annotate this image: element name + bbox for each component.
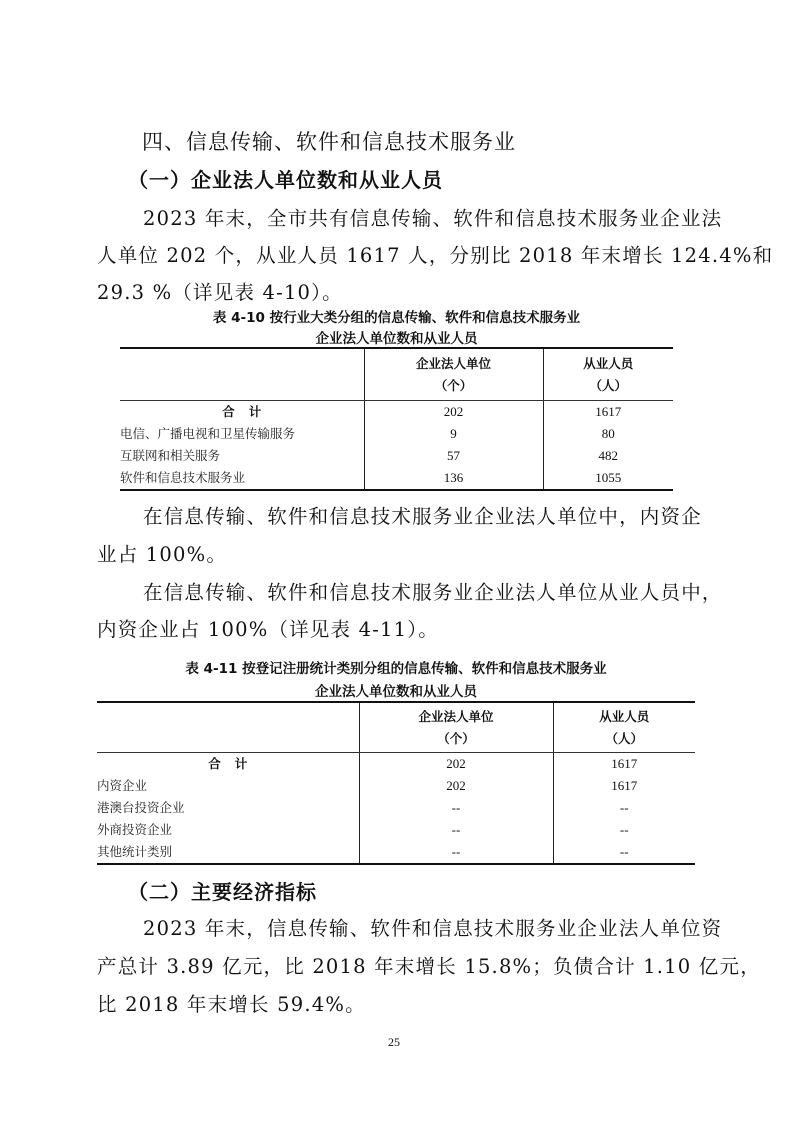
row-employees: 1617 [553,775,695,797]
table-4-11-header-blank [97,702,359,728]
table-row: 软件和信息技术服务业 136 1055 [120,467,673,490]
paragraph-4-line-3: 比 2018 年末增长 59.4%。 [97,989,366,1017]
table-4-10-caption-line-2: 企业法人单位数和从业人员 [120,327,673,347]
table-4-10-unit-units: （个） [364,375,543,401]
paragraph-4-line-2: 产总计 3.89 亿元，比 2018 年末增长 15.8%；负债合计 1.10 … [97,951,761,979]
table-row: 其他统计类别 -- -- [97,841,695,864]
row-employees: 1617 [543,401,673,424]
table-4-11-unit-units: （个） [359,728,553,753]
row-employees: -- [553,841,695,864]
row-units: 9 [364,423,543,445]
row-units: 202 [359,753,553,776]
row-employees: -- [553,797,695,819]
row-units: 57 [364,445,543,467]
row-label: 外商投资企业 [97,819,359,841]
table-4-11-header-employees: 从业人员 [553,702,695,728]
table-row: 合计 202 1617 [97,753,695,776]
row-units: -- [359,819,553,841]
row-employees: 1055 [543,467,673,490]
row-label: 合计 [120,401,364,424]
row-employees: 482 [543,445,673,467]
row-label: 合计 [97,753,359,776]
table-4-11-unit-employees: （人） [553,728,695,753]
row-label: 电信、广播电视和卫星传输服务 [120,423,364,445]
row-label: 内资企业 [97,775,359,797]
row-label: 互联网和相关服务 [120,445,364,467]
row-units: -- [359,797,553,819]
table-4-10-header-employees: 从业人员 [543,348,673,375]
row-employees: -- [553,819,695,841]
paragraph-3-line-2: 内资企业占 100%（详见表 4-11）。 [97,614,439,642]
row-employees: 1617 [553,753,695,776]
row-employees: 80 [543,423,673,445]
table-4-10-caption-line-1: 表 4-10 按行业大类分组的信息传输、软件和信息技术服务业 [120,306,673,326]
paragraph-2-line-2: 业占 100%。 [97,539,227,567]
table-4-11-caption-line-2: 企业法人单位数和从业人员 [97,680,695,700]
table-row: 外商投资企业 -- -- [97,819,695,841]
table-4-10-unit-employees: （人） [543,375,673,401]
table-row: 港澳台投资企业 -- -- [97,797,695,819]
paragraph-4-line-1: 2023 年末，信息传输、软件和信息技术服务业企业法人单位资 [143,913,722,941]
table-row: 内资企业 202 1617 [97,775,695,797]
table-4-10-header-units: 企业法人单位 [364,348,543,375]
subsection-title-2: （二）主要经济指标 [128,876,317,905]
row-label: 其他统计类别 [97,841,359,864]
page-number: 25 [388,1035,400,1050]
row-units: 136 [364,467,543,490]
row-units: -- [359,841,553,864]
table-4-10-unit-blank [120,375,364,401]
paragraph-1-line-2: 人单位 202 个，从业人员 1617 人，分别比 2018 年末增长 124.… [97,240,773,268]
table-4-11-header-units: 企业法人单位 [359,702,553,728]
subsection-title-1: （一）企业法人单位数和从业人员 [128,164,443,193]
table-4-10-header-blank [120,348,364,375]
row-units: 202 [364,401,543,424]
paragraph-1-line-1: 2023 年末，全市共有信息传输、软件和信息技术服务业企业法 [143,203,722,231]
table-4-11-caption-line-1: 表 4-11 按登记注册统计类别分组的信息传输、软件和信息技术服务业 [97,657,695,677]
section-title: 四、信息传输、软件和信息技术服务业 [142,126,516,156]
paragraph-1-line-3: 29.3 %（详见表 4-10）。 [97,277,343,305]
table-row: 合计 202 1617 [120,401,673,424]
row-label: 软件和信息技术服务业 [120,467,364,490]
table-4-10: 企业法人单位 从业人员 （个） （人） 合计 202 1617 电信、广播电视和… [120,347,673,491]
document-page: 四、信息传输、软件和信息技术服务业 （一）企业法人单位数和从业人员 2023 年… [0,0,793,1122]
table-row: 电信、广播电视和卫星传输服务 9 80 [120,423,673,445]
paragraph-3-line-1: 在信息传输、软件和信息技术服务业企业法人单位从业人员中， [143,577,723,605]
table-4-11: 企业法人单位 从业人员 （个） （人） 合计 202 1617 内资企业 202… [97,701,695,865]
paragraph-2-line-1: 在信息传输、软件和信息技术服务业企业法人单位中，内资企 [143,501,702,529]
row-units: 202 [359,775,553,797]
table-4-11-unit-blank [97,728,359,753]
table-row: 互联网和相关服务 57 482 [120,445,673,467]
row-label: 港澳台投资企业 [97,797,359,819]
